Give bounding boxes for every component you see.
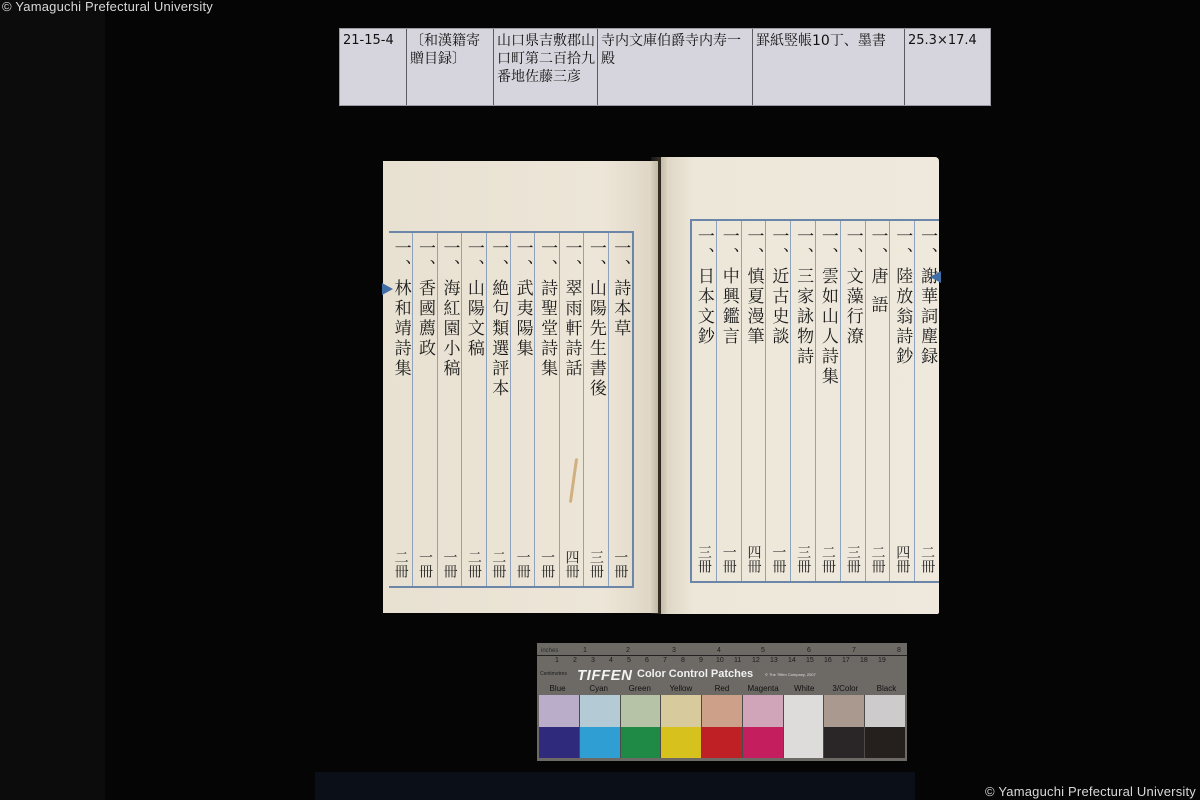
list-item: 一、武夷陽集一冊 [510,233,534,586]
book-title: 一、武夷陽集 [513,239,533,359]
patch-3color-light [824,695,864,727]
list-item: 一、中興鑑言一冊 [716,221,741,581]
patch-column-yellow [661,695,702,758]
patch-column-blue [539,695,580,758]
patch-cyan-dark [580,727,620,759]
patch-label: Blue [537,684,578,693]
volume-count: 三冊 [588,550,604,578]
cm-mark: 1 [555,657,559,664]
patch-blue-light [539,695,579,727]
chart-copyright: © The Tiffen Company, 2007 [765,672,816,677]
list-item: 一、慎夏漫筆四冊 [741,221,766,581]
patch-white [784,695,824,758]
list-item: 一、三家詠物詩三冊 [790,221,815,581]
catalog-title: 〔和漢籍寄贈目録〕 [407,29,494,105]
book-title: 一、絶句類選評本 [488,239,508,399]
cm-mark: 11 [734,657,741,664]
cm-mark: 10 [716,657,724,664]
book-title: 一、近古史談 [768,227,788,347]
page-tab-marker [382,283,393,295]
patch-label: White [784,684,825,693]
book-title: 一、謝華詞塵録 [917,227,937,367]
volume-count: 一冊 [417,550,433,578]
chart-brand-row: Centimetres TIFFEN Color Control Patches… [537,667,907,685]
cm-mark: 6 [645,657,649,664]
patch-column-white [784,695,825,758]
list-item: 一、詩聖堂詩集一冊 [534,233,558,586]
list-item: 一、山陽文稿二冊 [461,233,485,586]
patch-red-light [702,695,742,727]
patch-red-dark [702,727,742,759]
volume-count: 二冊 [393,550,409,578]
book-title: 一、唐 語 [868,227,888,315]
cm-mark: 12 [752,657,760,664]
volume-count: 二冊 [466,550,482,578]
book-title: 一、中興鑑言 [719,227,739,347]
cm-mark: 9 [699,657,703,664]
volume-count: 一冊 [770,545,786,573]
catalog-format: 罫紙竪帳10丁、墨書 [753,29,905,105]
patch-column-red [702,695,743,758]
cm-mark: 18 [860,657,868,664]
patch-black-dark [865,727,905,759]
list-item: 一、山陽先生書後三冊 [583,233,607,586]
cm-mark: 13 [770,657,778,664]
book-title: 一、香國薦政 [415,239,435,359]
patch-green-dark [621,727,661,759]
list-item: 一、翠雨軒詩話四冊 [559,233,583,586]
inch-mark: 5 [761,647,765,654]
left-page-ruled-frame: 一、詩本草一冊 一、山陽先生書後三冊 一、翠雨軒詩話四冊 一、詩聖堂詩集一冊 一… [389,231,634,588]
book-title: 一、詩聖堂詩集 [537,239,557,379]
catalog-recipient: 寺内文庫伯爵寺内寿一殿 [598,29,753,105]
patch-cyan-light [580,695,620,727]
volume-count: 三冊 [845,545,861,573]
cm-mark: 16 [824,657,832,664]
book-title: 一、文藻行潦 [843,227,863,347]
volume-count: 三冊 [696,545,712,573]
patch-blue-dark [539,727,579,759]
cm-mark: 2 [573,657,577,664]
inch-mark: 7 [852,647,856,654]
list-item: 一、詩本草一冊 [608,233,632,586]
volume-count: 二冊 [919,545,935,573]
patch-label: Black [866,684,907,693]
inch-mark: 6 [807,647,811,654]
list-item: 一、海紅園小稿一冊 [437,233,461,586]
book-title: 一、山陽先生書後 [586,239,606,399]
book-title: 一、雲如山人詩集 [818,227,838,387]
book-title: 一、林和靖詩集 [391,239,411,379]
patch-green-light [621,695,661,727]
patch-label: Green [619,684,660,693]
catalog-size: 25.3×17.4 [905,29,990,105]
patch-black-light [865,695,905,727]
left-page: 一、詩本草一冊 一、山陽先生書後三冊 一、翠雨軒詩話四冊 一、詩聖堂詩集一冊 一… [383,161,658,613]
color-patches [539,695,905,758]
volume-count: 二冊 [490,550,506,578]
volume-count: 一冊 [539,550,555,578]
volume-count: 一冊 [515,550,531,578]
cm-mark: 17 [842,657,850,664]
patch-names: Blue Cyan Green Yellow Red Magenta White… [537,684,907,693]
catalog-id: 21-15-4 [340,29,407,105]
book-title: 一、慎夏漫筆 [744,227,764,347]
volume-count: 一冊 [721,545,737,573]
list-item: 一、雲如山人詩集二冊 [815,221,840,581]
inch-mark: 8 [897,647,901,654]
list-item: 一、文藻行潦三冊 [840,221,865,581]
page-tab-marker [930,271,941,283]
cm-mark: 4 [609,657,613,664]
patch-label: Cyan [578,684,619,693]
patch-label: Magenta [743,684,784,693]
book-title: 一、陸放翁詩鈔 [892,227,912,367]
cm-mark: 19 [878,657,886,664]
cm-mark: 8 [681,657,685,664]
volume-count: 四冊 [746,545,762,573]
book-gutter [651,157,667,614]
tiffen-logo: TIFFEN [577,667,633,684]
right-page-ruled-frame: 一、謝華詞塵録二冊 一、陸放翁詩鈔四冊 一、唐 語二冊 一、文藻行潦三冊 一、雲… [690,219,939,583]
book-title: 一、海紅園小稿 [439,239,459,379]
volume-count: 二冊 [870,545,886,573]
inch-mark: 3 [672,647,676,654]
patch-column-3color [824,695,865,758]
book-title: 一、山陽文稿 [464,239,484,359]
volume-count: 四冊 [563,550,579,578]
patch-yellow-light [661,695,701,727]
book-title: 一、三家詠物詩 [793,227,813,367]
book-title: 一、詩本草 [610,239,630,339]
patch-label: Red [701,684,742,693]
inch-mark: 4 [717,647,721,654]
list-item: 一、日本文鈔三冊 [692,221,716,581]
patch-3color-dark [824,727,864,759]
catalog-address: 山口県吉敷郡山口町第二百拾九番地佐藤三彦 [494,29,598,105]
cm-mark: 7 [663,657,667,664]
color-control-chart: inches 1 2 3 4 5 6 7 8 1 2 3 4 5 6 7 8 9… [537,643,907,761]
inch-mark: 1 [583,647,587,654]
volume-count: 一冊 [441,550,457,578]
catalog-label: 21-15-4 〔和漢籍寄贈目録〕 山口県吉敷郡山口町第二百拾九番地佐藤三彦 寺… [339,28,991,106]
patch-label: 3/Color [825,684,866,693]
chart-product-name: Color Control Patches [637,668,753,680]
volume-count: 二冊 [820,545,836,573]
list-item: 一、陸放翁詩鈔四冊 [889,221,914,581]
volume-count: 三冊 [795,545,811,573]
cm-mark: 5 [627,657,631,664]
open-book: 一、詩本草一冊 一、山陽先生書後三冊 一、翠雨軒詩話四冊 一、詩聖堂詩集一冊 一… [383,157,939,614]
cm-mark: 14 [788,657,796,664]
book-title: 一、翠雨軒詩話 [561,239,581,379]
background-shadow [0,0,105,800]
volume-count: 四冊 [894,545,910,573]
book-title: 一、日本文鈔 [694,227,714,347]
patch-column-black [865,695,905,758]
list-item: 一、近古史談一冊 [765,221,790,581]
right-page-columns: 一、謝華詞塵録二冊 一、陸放翁詩鈔四冊 一、唐 語二冊 一、文藻行潦三冊 一、雲… [692,221,939,581]
patch-column-green [621,695,662,758]
volume-count: 一冊 [612,550,628,578]
patch-yellow-dark [661,727,701,759]
left-page-columns: 一、詩本草一冊 一、山陽先生書後三冊 一、翠雨軒詩話四冊 一、詩聖堂詩集一冊 一… [389,233,632,586]
cm-mark: 3 [591,657,595,664]
copyright-watermark-bottom: © Yamaguchi Prefectural University [985,784,1196,799]
patch-magenta-dark [743,727,783,759]
list-item: 一、唐 語二冊 [865,221,890,581]
right-page: 一、謝華詞塵録二冊 一、陸放翁詩鈔四冊 一、唐 語二冊 一、文藻行潦三冊 一、雲… [661,157,939,614]
copyright-watermark-top: © Yamaguchi Prefectural University [2,0,213,14]
patch-column-magenta [743,695,784,758]
patch-column-cyan [580,695,621,758]
inch-mark: 2 [626,647,630,654]
background-strip [315,772,915,800]
ruler-inches-scale: inches 1 2 3 4 5 6 7 8 [537,647,907,656]
patch-magenta-light [743,695,783,727]
cm-mark: 15 [806,657,814,664]
ruler-cm-label: Centimetres [540,671,567,677]
ruler-inches-label: inches [541,648,558,654]
patch-label: Yellow [660,684,701,693]
list-item: 一、絶句類選評本二冊 [486,233,510,586]
list-item: 一、香國薦政一冊 [412,233,436,586]
